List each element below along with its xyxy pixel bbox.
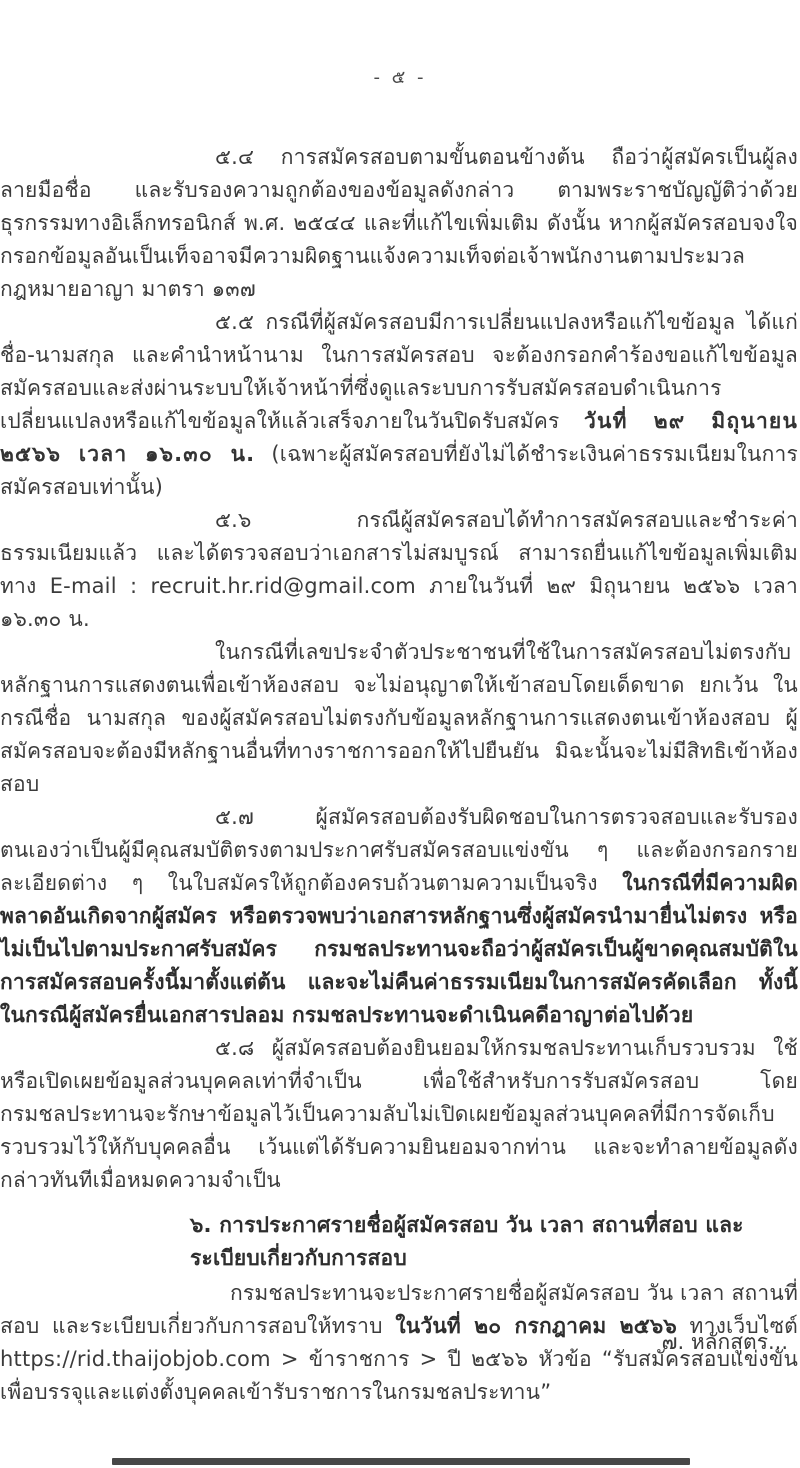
- text-segment: ๕.๘ ผู้สมัครสอบต้องยินยอมให้กรมชลประทานเ…: [0, 1036, 798, 1192]
- document-page: - ๕ - ๕.๔ การสมัครสอบตามขั้นตอนข้างต้น ถ…: [0, 0, 800, 1468]
- paragraph-5-4: ๕.๔ การสมัครสอบตามขั้นตอนข้างต้น ถือว่าผ…: [0, 141, 798, 306]
- section-6-heading: ๖. การประกาศรายชื่อผู้สมัครสอบ วัน เวลา …: [0, 1209, 798, 1275]
- text-segment: ๕.๔ การสมัครสอบตามขั้นตอนข้างต้น ถือว่าผ…: [0, 145, 798, 301]
- scan-artifact-bar: [112, 1458, 690, 1465]
- page-number: - ๕ -: [0, 62, 800, 91]
- announcement-date-emphasis: ในวันที่ ๒๐ กรกฎาคม ๒๕๖๖: [395, 1314, 677, 1338]
- text-segment-with-email: ๕.๖ กรณีผู้สมัครสอบได้ทำการสมัครสอบและชำ…: [0, 508, 798, 631]
- continuation-note: ๗. หลักสูตร...: [662, 1326, 788, 1359]
- heading-text: ๖. การประกาศรายชื่อผู้สมัครสอบ วัน เวลา …: [190, 1213, 744, 1270]
- text-segment: ในกรณีที่เลขประจำตัวประชาชนที่ใช้ในการสม…: [0, 640, 798, 796]
- paragraph-id-card-note: ในกรณีที่เลขประจำตัวประชาชนที่ใช้ในการสม…: [0, 636, 798, 801]
- paragraph-5-7: ๕.๗ ผู้สมัครสอบต้องรับผิดชอบในการตรวจสอบ…: [0, 801, 798, 1032]
- paragraph-5-5: ๕.๕ กรณีที่ผู้สมัครสอบมีการเปลี่ยนแปลงหร…: [0, 306, 798, 504]
- paragraph-5-8: ๕.๘ ผู้สมัครสอบต้องยินยอมให้กรมชลประทานเ…: [0, 1032, 798, 1197]
- document-body: ๕.๔ การสมัครสอบตามขั้นตอนข้างต้น ถือว่าผ…: [0, 141, 800, 1409]
- paragraph-5-6: ๕.๖ กรณีผู้สมัครสอบได้ทำการสมัครสอบและชำ…: [0, 504, 798, 636]
